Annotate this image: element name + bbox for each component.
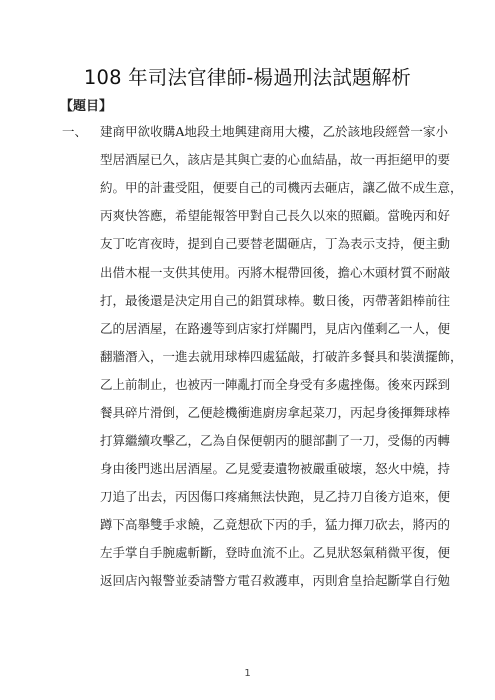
body-line: 型居酒屋已久，該店是其與亡妻的心血結晶，故一再拒絕甲的要 — [100, 150, 448, 168]
body-line: 約。甲的計畫受阻，便要自己的司機丙去砸店，讓乙做不成生意， — [100, 178, 448, 196]
body-line: 丙爽快答應，希望能報答甲對自己長久以來的照顧。當晚丙和好 — [100, 206, 448, 224]
question-number: 一、 — [62, 122, 87, 140]
body-line: 打，最後還是決定用自己的鋁質球棒。數日後，丙帶著鋁棒前往 — [100, 291, 448, 309]
body-line: 刀追了出去，丙因傷口疼痛無法快跑，見乙持刀自後方追來，便 — [100, 487, 448, 505]
body-line: 乙的居酒屋，在路邊等到店家打烊關門，見店內僅剩乙一人，便 — [100, 319, 448, 337]
body-line: 打算繼續攻擊乙，乙為自保便朝丙的腿部劃了一刀，受傷的丙轉 — [100, 431, 448, 449]
body-line: 乙上前制止，也被丙一陣亂打而全身受有多處挫傷。後來丙踩到 — [100, 375, 448, 393]
body-line: 返回店內報警並委請警方電召救護車，丙則倉皇拾起斷掌自行勉 — [100, 571, 448, 589]
body-line: 出借木棍一支供其使用。丙將木棍帶回後，擔心木頭材質不耐敲 — [100, 263, 448, 281]
body-line: 蹲下高舉雙手求饒，乙竟想砍下丙的手，猛力揮刀砍去，將丙的 — [100, 515, 448, 533]
page-number: 1 — [0, 668, 495, 679]
body-line: 翻牆潛入，一進去就用球棒四處猛敲，打破許多餐具和裝潢擺飾， — [100, 347, 448, 365]
document-page: 108 年司法官律師-楊過刑法試題解析 【題目】 一、 建商甲欲收購A地段土地興… — [0, 0, 495, 700]
body-line: 友丁吃宵夜時，提到自己要替老闆砸店，丁為表示支持，便主動 — [100, 234, 448, 252]
body-line: 身由後門逃出居酒屋。乙見愛妻遺物被嚴重破壞，怒火中燒，持 — [100, 459, 448, 477]
body-line: 左手掌自手腕處斬斷，登時血流不止。乙見狀怒氣稍微平復，便 — [100, 543, 448, 561]
document-title: 108 年司法官律師-楊過刑法試題解析 — [0, 62, 495, 90]
body-line: 餐具碎片滑倒，乙便趁機衝進廚房拿起菜刀，丙起身後揮舞球棒 — [100, 403, 448, 421]
section-label: 【題目】 — [60, 95, 112, 114]
body-line: 建商甲欲收購A地段土地興建商用大樓，乙於該地段經營一家小 — [100, 122, 448, 140]
